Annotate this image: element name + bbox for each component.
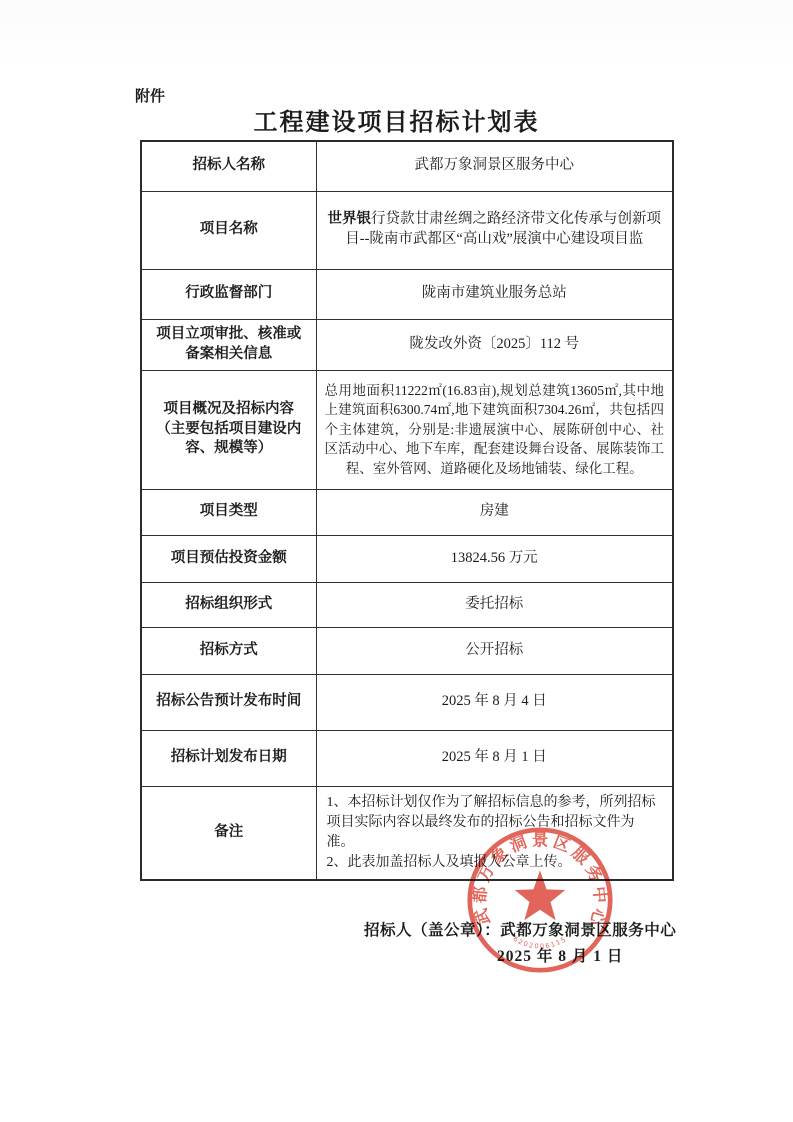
remark-line-2: 2、此表加盖招标人及填报人公章上传。 — [327, 853, 663, 873]
table-row-approval-info: 项目立项审批、核准或备案相关信息 陇发改外资〔2025〕112 号 — [141, 319, 673, 370]
table-row-estimated-investment: 项目预估投资金额 13824.56 万元 — [141, 535, 673, 582]
row-value: 2025 年 8 月 4 日 — [316, 674, 673, 730]
row-label: 招标公告预计发布时间 — [141, 674, 316, 730]
project-name-rest: 行贷款甘肃丝绸之路经济带文化传承与创新项目--陇南市武都区“高山戏”展演中心建设… — [345, 211, 661, 247]
row-value: 总用地面积11222㎡(16.83亩),规划总建筑13605㎡,其中地上建筑面积… — [316, 370, 673, 489]
row-value: 1、本招标计划仅作为了解招标信息的参考，所列招标项目实际内容以最终发布的招标公告… — [316, 786, 673, 880]
row-value: 公开招标 — [316, 627, 673, 674]
row-label: 项目立项审批、核准或备案相关信息 — [141, 319, 316, 370]
table-row-announcement-date: 招标公告预计发布时间 2025 年 8 月 4 日 — [141, 674, 673, 730]
row-value: 房建 — [316, 489, 673, 535]
signature-date: 2025 年 8 月 1 日 — [497, 944, 623, 966]
row-label: 项目类型 — [141, 489, 316, 535]
table-row-bidding-method: 招标方式 公开招标 — [141, 627, 673, 674]
table-row-project-type: 项目类型 房建 — [141, 489, 673, 535]
bidding-plan-table: 招标人名称 武都万象洞景区服务中心 项目名称 世界银行贷款甘肃丝绸之路经济带文化… — [140, 140, 674, 881]
row-value: 武都万象洞景区服务中心 — [316, 141, 673, 191]
table-row-bidder-name: 招标人名称 武都万象洞景区服务中心 — [141, 141, 673, 191]
row-label: 备注 — [141, 786, 316, 880]
row-value: 2025 年 8 月 1 日 — [316, 730, 673, 786]
table-row-remarks: 备注 1、本招标计划仅作为了解招标信息的参考，所列招标项目实际内容以最终发布的招… — [141, 786, 673, 880]
project-name-bold-prefix: 世界银 — [328, 211, 372, 227]
row-label: 招标组织形式 — [141, 582, 316, 627]
document-page: 附件 工程建设项目招标计划表 招标人名称 武都万象洞景区服务中心 项目名称 世界… — [0, 0, 793, 1122]
row-label: 招标方式 — [141, 627, 316, 674]
table-row-plan-release-date: 招标计划发布日期 2025 年 8 月 1 日 — [141, 730, 673, 786]
signature-line: 招标人（盖公章）：武都万象洞景区服务中心 — [364, 918, 676, 940]
table-row-supervising-dept: 行政监督部门 陇南市建筑业服务总站 — [141, 269, 673, 319]
row-value: 13824.56 万元 — [316, 535, 673, 582]
table-row-organization-form: 招标组织形式 委托招标 — [141, 582, 673, 627]
row-label: 项目预估投资金额 — [141, 535, 316, 582]
row-value: 陇南市建筑业服务总站 — [316, 269, 673, 319]
row-label: 招标人名称 — [141, 141, 316, 191]
row-label: 项目概况及招标内容（主要包括项目建设内容、规模等） — [141, 370, 316, 489]
row-label: 招标计划发布日期 — [141, 730, 316, 786]
row-label: 项目名称 — [141, 191, 316, 269]
remark-line-1: 1、本招标计划仅作为了解招标信息的参考，所列招标项目实际内容以最终发布的招标公告… — [327, 793, 663, 853]
table-row-project-name: 项目名称 世界银行贷款甘肃丝绸之路经济带文化传承与创新项目--陇南市武都区“高山… — [141, 191, 673, 269]
row-value: 世界银行贷款甘肃丝绸之路经济带文化传承与创新项目--陇南市武都区“高山戏”展演中… — [316, 191, 673, 269]
row-value: 委托招标 — [316, 582, 673, 627]
row-value: 陇发改外资〔2025〕112 号 — [316, 319, 673, 370]
page-title: 工程建设项目招标计划表 — [0, 102, 793, 137]
table-row-project-overview: 项目概况及招标内容（主要包括项目建设内容、规模等） 总用地面积11222㎡(16… — [141, 370, 673, 489]
row-label: 行政监督部门 — [141, 269, 316, 319]
